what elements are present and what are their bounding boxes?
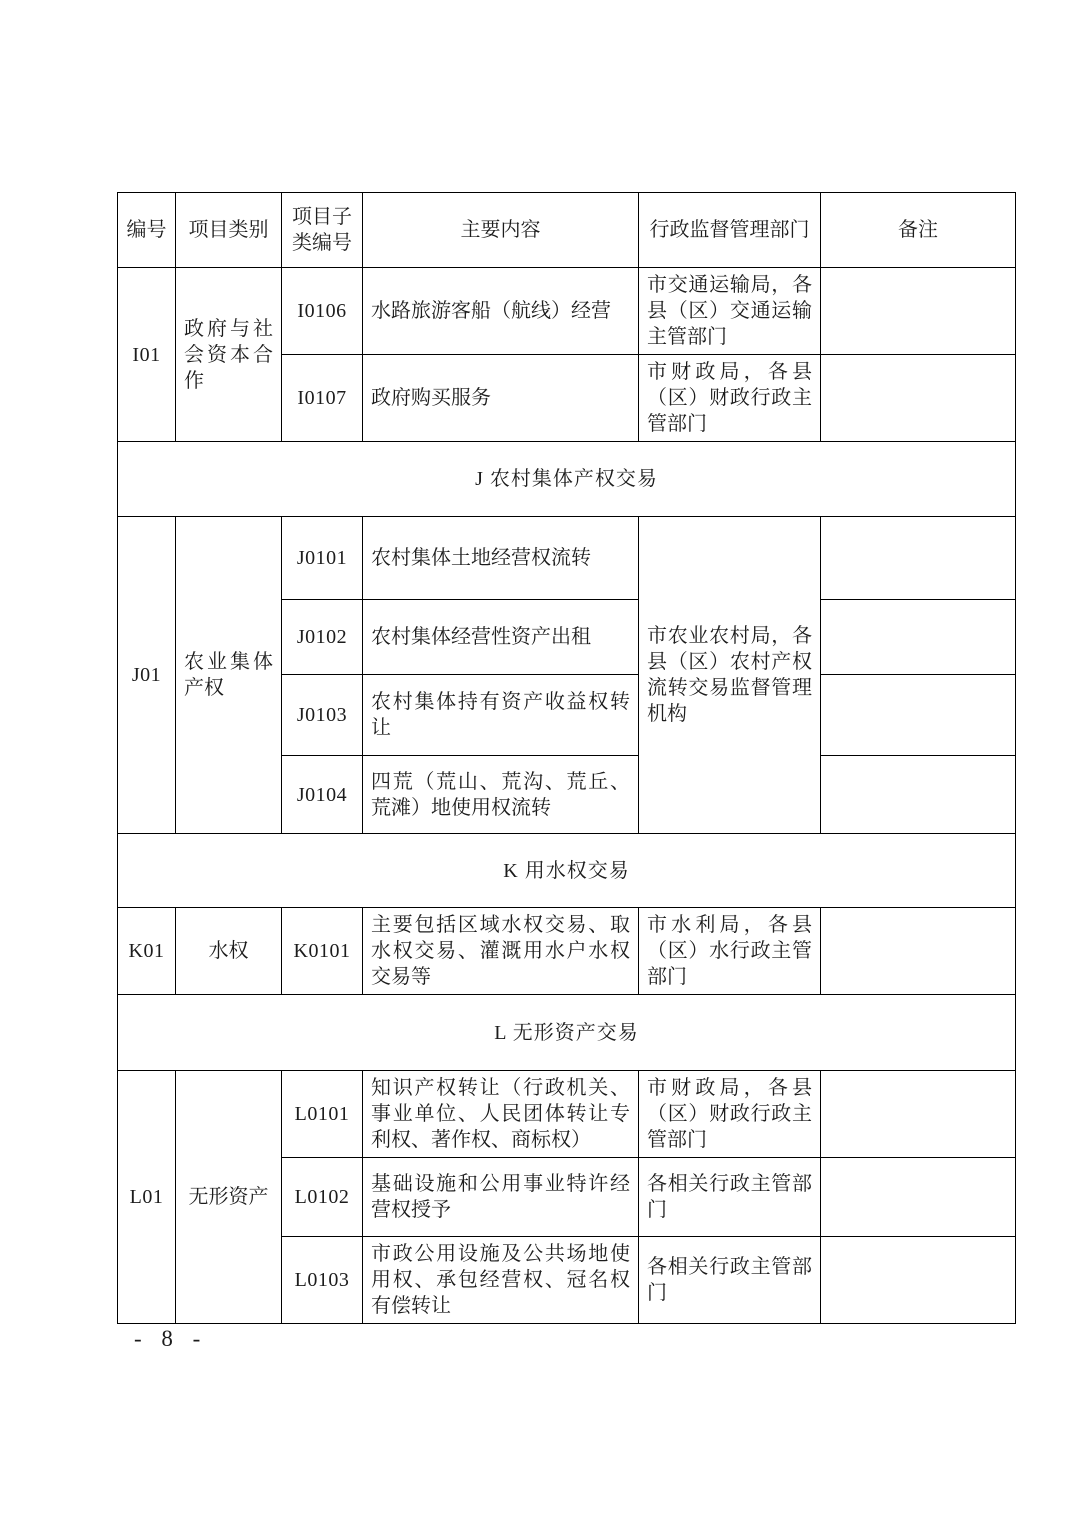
- subcode-cell-j0103: J0103: [282, 675, 363, 756]
- supervisor-cell-l0101: 市财政局，各县（区）财政行政主管部门: [639, 1071, 821, 1158]
- page-number: - 8 -: [134, 1326, 202, 1352]
- supervisor-cell-i0107: 市财政局，各县（区）财政行政主管部门: [639, 355, 821, 442]
- header-cell-remark: 备注: [821, 193, 1016, 268]
- remark-cell: [821, 268, 1016, 355]
- header-cell-supervisor: 行政监督管理部门: [639, 193, 821, 268]
- table-row: J01 农业集体产权 J0101 农村集体土地经营权流转 市农业农村局，各县（区…: [118, 517, 1016, 600]
- remark-cell: [821, 1237, 1016, 1324]
- classification-table: 编号 项目类别 项目子类编号 主要内容 行政监督管理部门 备注 I01 政府与社…: [117, 192, 1016, 1324]
- content-cell-i0107: 政府购买服务: [363, 355, 639, 442]
- content-cell-l0103: 市政公用设施及公共场地使用权、承包经营权、冠名权有偿转让: [363, 1237, 639, 1324]
- remark-cell: [821, 675, 1016, 756]
- remark-cell: [821, 517, 1016, 600]
- table-row: I01 政府与社会资本合作 I0106 水路旅游客船（航线）经营 市交通运输局，…: [118, 268, 1016, 355]
- content-cell-l0102: 基础设施和公用事业特许经营权授予: [363, 1158, 639, 1237]
- category-cell-k01: 水权: [176, 908, 282, 995]
- supervisor-cell-j01: 市农业农村局，各县（区）农村产权流转交易监督管理机构: [639, 517, 821, 834]
- table-row: K01 水权 K0101 主要包括区域水权交易、取水权交易、灌溉用水户水权交易等…: [118, 908, 1016, 995]
- subcode-cell-k0101: K0101: [282, 908, 363, 995]
- subcode-cell-j0101: J0101: [282, 517, 363, 600]
- content-cell-j0101: 农村集体土地经营权流转: [363, 517, 639, 600]
- table-row: L01 无形资产 L0101 知识产权转让（行政机关、事业单位、人民团体转让专利…: [118, 1071, 1016, 1158]
- subcode-cell-l0103: L0103: [282, 1237, 363, 1324]
- supervisor-cell-k0101: 市水利局，各县（区）水行政主管部门: [639, 908, 821, 995]
- section-heading-row-l: L 无形资产交易: [118, 995, 1016, 1071]
- section-heading-cell-l: L 无形资产交易: [118, 995, 1016, 1071]
- code-cell-l01: L01: [118, 1071, 176, 1324]
- subcode-cell-i0106: I0106: [282, 268, 363, 355]
- remark-cell: [821, 1071, 1016, 1158]
- content-cell-l0101: 知识产权转让（行政机关、事业单位、人民团体转让专利权、著作权、商标权）: [363, 1071, 639, 1158]
- category-cell-l01: 无形资产: [176, 1071, 282, 1324]
- content-cell-k0101: 主要包括区域水权交易、取水权交易、灌溉用水户水权交易等: [363, 908, 639, 995]
- header-cell-code: 编号: [118, 193, 176, 268]
- category-cell-j01: 农业集体产权: [176, 517, 282, 834]
- content-cell-j0103: 农村集体持有资产收益权转让: [363, 675, 639, 756]
- header-cell-subcode: 项目子类编号: [282, 193, 363, 268]
- subcode-cell-i0107: I0107: [282, 355, 363, 442]
- header-cell-content: 主要内容: [363, 193, 639, 268]
- supervisor-cell-l0102: 各相关行政主管部门: [639, 1158, 821, 1237]
- section-heading-cell-k: K 用水权交易: [118, 834, 1016, 908]
- content-cell-j0102: 农村集体经营性资产出租: [363, 600, 639, 675]
- remark-cell: [821, 355, 1016, 442]
- code-cell-i01: I01: [118, 268, 176, 442]
- remark-cell: [821, 756, 1016, 834]
- subcode-cell-j0102: J0102: [282, 600, 363, 675]
- section-heading-row-j: J 农村集体产权交易: [118, 442, 1016, 517]
- code-cell-k01: K01: [118, 908, 176, 995]
- category-cell-i01: 政府与社会资本合作: [176, 268, 282, 442]
- content-cell-i0106: 水路旅游客船（航线）经营: [363, 268, 639, 355]
- document-page: 编号 项目类别 项目子类编号 主要内容 行政监督管理部门 备注 I01 政府与社…: [0, 0, 1074, 1520]
- header-cell-category: 项目类别: [176, 193, 282, 268]
- remark-cell: [821, 1158, 1016, 1237]
- section-heading-cell-j: J 农村集体产权交易: [118, 442, 1016, 517]
- table-header-row: 编号 项目类别 项目子类编号 主要内容 行政监督管理部门 备注: [118, 193, 1016, 268]
- section-heading-row-k: K 用水权交易: [118, 834, 1016, 908]
- code-cell-j01: J01: [118, 517, 176, 834]
- subcode-cell-l0102: L0102: [282, 1158, 363, 1237]
- remark-cell: [821, 908, 1016, 995]
- content-cell-j0104: 四荒（荒山、荒沟、荒丘、荒滩）地使用权流转: [363, 756, 639, 834]
- supervisor-cell-i0106: 市交通运输局，各县（区）交通运输主管部门: [639, 268, 821, 355]
- supervisor-cell-l0103: 各相关行政主管部门: [639, 1237, 821, 1324]
- subcode-cell-j0104: J0104: [282, 756, 363, 834]
- subcode-cell-l0101: L0101: [282, 1071, 363, 1158]
- remark-cell: [821, 600, 1016, 675]
